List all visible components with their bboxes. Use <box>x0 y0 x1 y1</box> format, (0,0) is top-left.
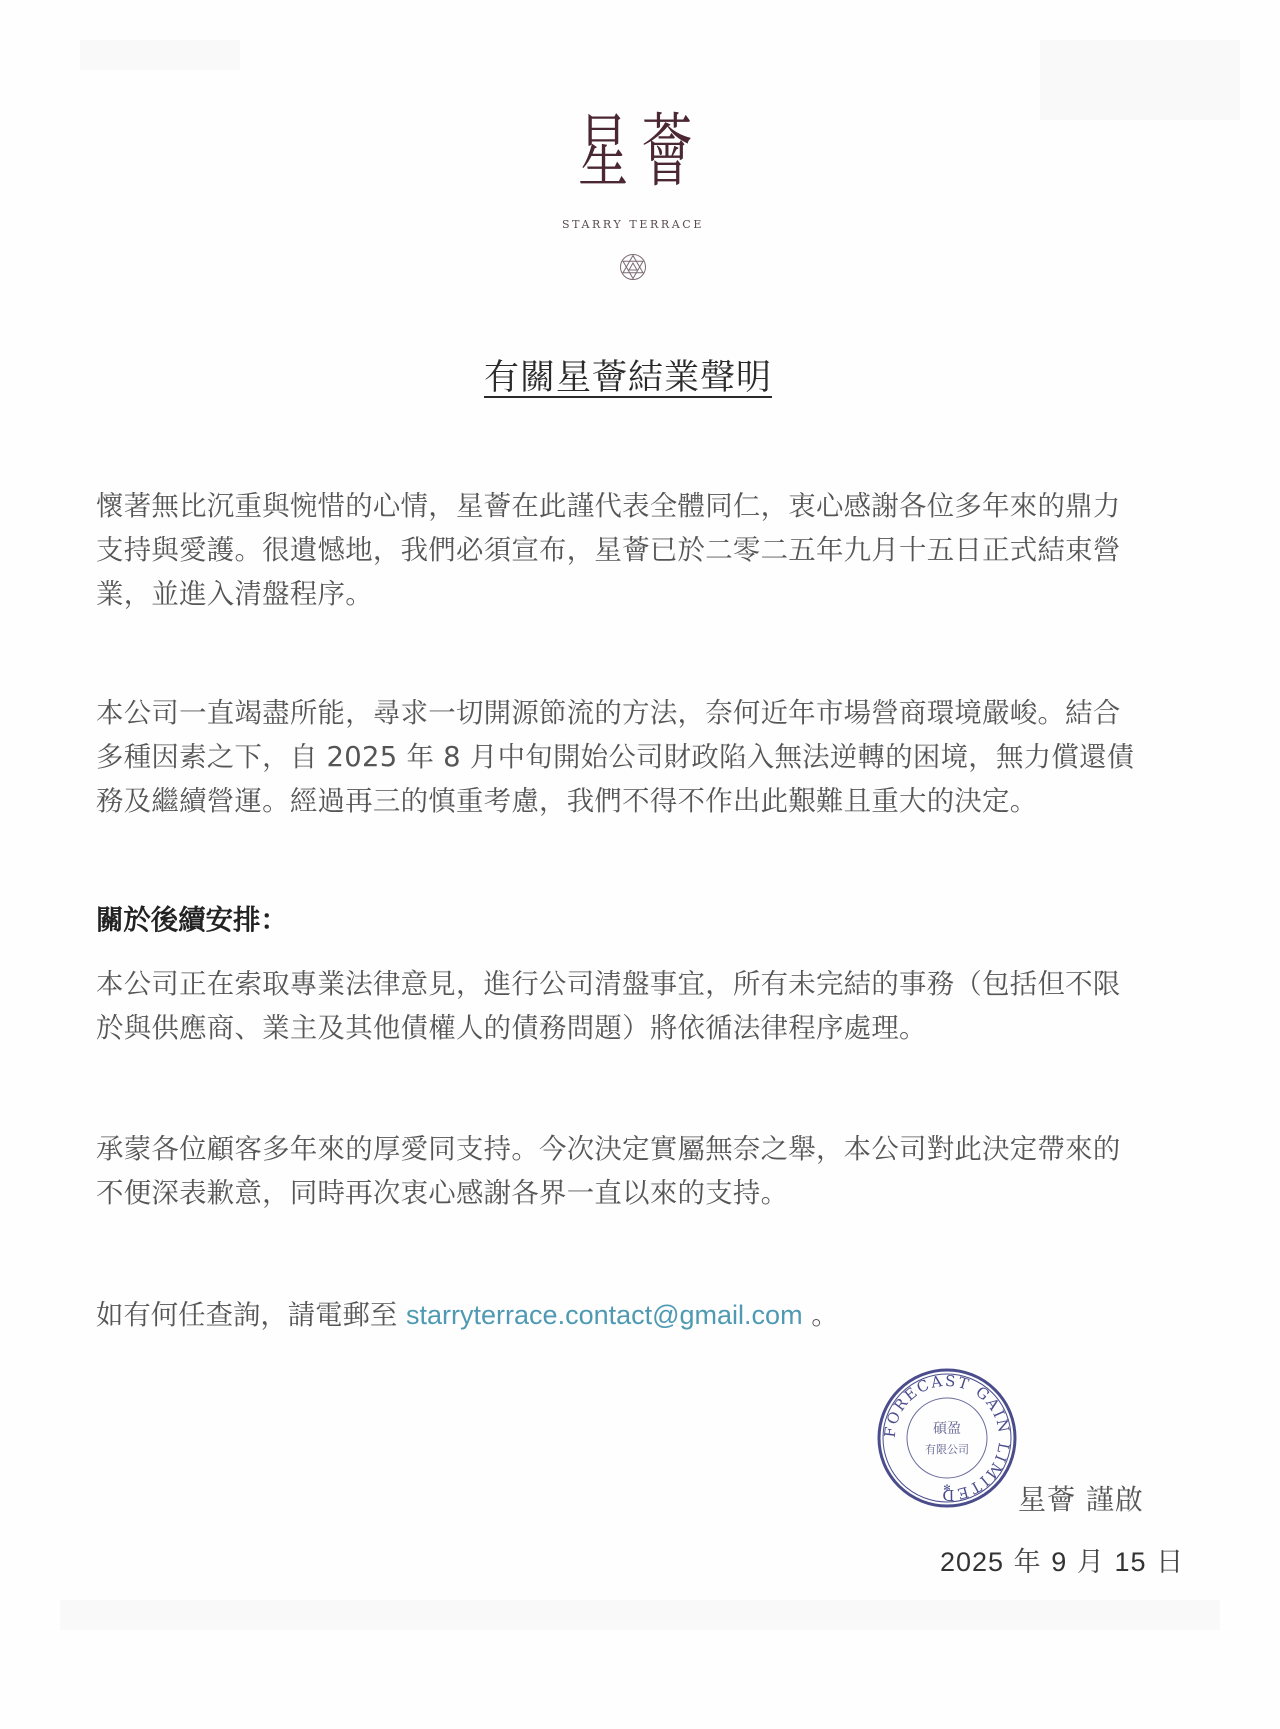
text-line: 於與供應商、業主及其他債權人的債務問題）將依循法律程序處理。 <box>96 1007 1166 1051</box>
date-day: 15 <box>1114 1547 1146 1577</box>
text-line: 多種因素之下，自 2025 年 8 月中旬開始公司財政陷入無法逆轉的困境，無力償… <box>96 736 1166 780</box>
svg-text:碩盈: 碩盈 <box>933 1421 961 1437</box>
contact-suffix: 。 <box>811 1300 838 1331</box>
scan-artifact <box>80 40 240 70</box>
logo-char-gather: 薈 <box>642 112 692 256</box>
paragraph-liquidation: 本公司正在索取專業法律意見，進行公司清盤事宜，所有未完結的事務（包括但不限 於與… <box>96 963 1166 1051</box>
statement-page: 星 薈 STARRY TERRACE 有關星薈結業聲明 懷著無比沉重與惋惜的心情… <box>0 0 1280 1729</box>
date-year: 2025 <box>940 1547 1004 1577</box>
star-emblem-icon <box>619 253 647 281</box>
text-line: 業，並進入清盤程序。 <box>96 573 1166 617</box>
text-line: 懷著無比沉重與惋惜的心情，星薈在此謹代表全體同仁，衷心感謝各位多年來的鼎力 <box>96 485 1166 529</box>
svg-text:有限公司: 有限公司 <box>925 1443 969 1456</box>
section-heading-follow-up: 關於後續安排： <box>96 899 288 943</box>
contact-line: 如有何任查詢，請電郵至 starryterrace.contact@gmail.… <box>96 1293 839 1338</box>
paragraph-closure-announcement: 懷著無比沉重與惋惜的心情，星薈在此謹代表全體同仁，衷心感謝各位多年來的鼎力 支持… <box>96 485 1166 617</box>
date-year-unit: 年 <box>1014 1547 1042 1578</box>
date-month-unit: 月 <box>1077 1547 1105 1578</box>
paragraph-reasons: 本公司一直竭盡所能，尋求一切開源節流的方法，奈何近年市場營商環境嚴峻。結合 多種… <box>96 692 1166 824</box>
logo-char-star: 星 <box>578 112 628 256</box>
title-text: 有關星薈結業聲明 <box>484 358 772 398</box>
page-title: 有關星薈結業聲明 <box>0 350 1256 400</box>
date-month: 9 <box>1051 1547 1067 1577</box>
email-link[interactable]: starryterrace.contact@gmail.com <box>406 1300 803 1330</box>
svg-text:✻: ✻ <box>943 1484 951 1494</box>
text-line: 承蒙各位顧客多年來的厚愛同支持。今次決定實屬無奈之舉，本公司對此決定帶來的 <box>96 1128 1166 1172</box>
brand-logo: 星 薈 <box>560 112 710 202</box>
scan-artifact <box>60 1600 1220 1630</box>
text-line: 務及繼續營運。經過再三的慎重考慮，我們不得不作出此艱難且重大的決定。 <box>96 780 1166 824</box>
text-line: 支持與愛護。很遺憾地，我們必須宣布，星薈已於二零二五年九月十五日正式結束營 <box>96 529 1166 573</box>
scan-artifact <box>1040 40 1240 120</box>
company-stamp-icon: FORECAST GAIN LIMITED 碩盈 有限公司 ✻ <box>876 1367 1018 1509</box>
brand-subtitle: STARRY TERRACE <box>533 218 733 231</box>
text-line: 本公司一直竭盡所能，尋求一切開源節流的方法，奈何近年市場營商環境嚴峻。結合 <box>96 692 1166 736</box>
statement-date: 2025 年 9 月 15 日 <box>940 1540 1184 1579</box>
signature: 星薈 謹啟 <box>1018 1478 1144 1518</box>
paragraph-thanks: 承蒙各位顧客多年來的厚愛同支持。今次決定實屬無奈之舉，本公司對此決定帶來的 不便… <box>96 1128 1166 1216</box>
text-line: 本公司正在索取專業法律意見，進行公司清盤事宜，所有未完結的事務（包括但不限 <box>96 963 1166 1007</box>
text-line: 不便深表歉意，同時再次衷心感謝各界一直以來的支持。 <box>96 1172 1166 1216</box>
date-day-unit: 日 <box>1156 1547 1184 1578</box>
contact-prefix: 如有何任查詢，請電郵至 <box>96 1300 397 1331</box>
